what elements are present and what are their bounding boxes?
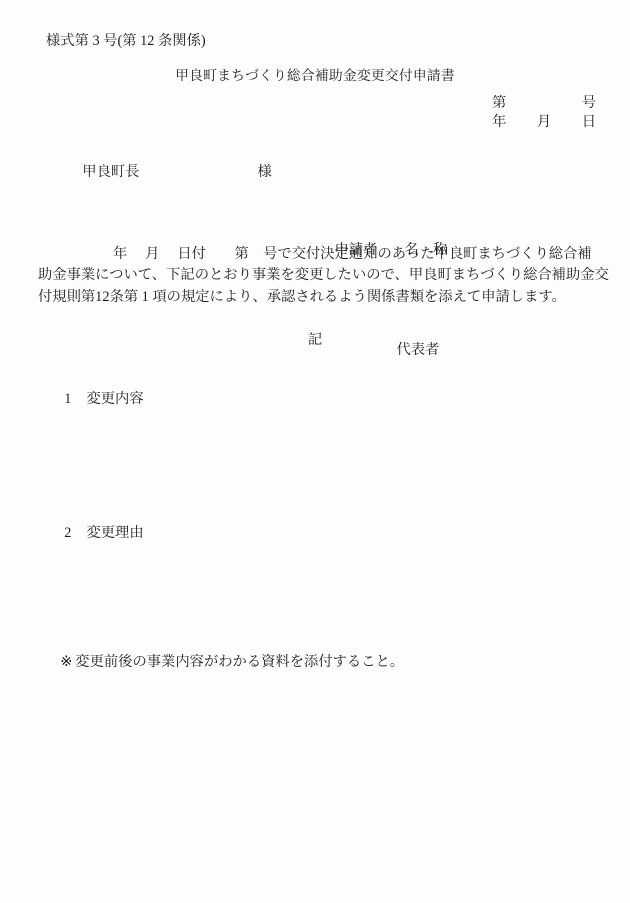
item-label: 変更内容: [86, 391, 143, 407]
date-day-label: 日: [582, 113, 596, 132]
item-change-reason: 2変更理由: [50, 509, 144, 558]
body-line-3: 付規則第12条第 1 項の規定により、承認されるよう関係書類を添えて申請します。: [38, 287, 604, 308]
form-number: 様式第 3 号(第 12 条関係): [46, 33, 206, 49]
item-number: 1: [64, 391, 71, 407]
issue-date-block: 第 号 年 月 日: [492, 94, 596, 132]
issue-number-prefix: 第: [492, 94, 506, 113]
date-year-label: 年: [492, 113, 506, 132]
issue-number-suffix: 号: [582, 94, 596, 113]
applicant-representative-line: 代表者: [313, 320, 447, 380]
page-title: 甲良町まちづくり総合補助金変更交付申請書: [0, 64, 630, 84]
body-line-2: 助金事業について、下記のとおり事業を変更したいので、甲良町まちづくり総合補助金交: [38, 265, 604, 286]
body-paragraph: 年 月 日付 第 号で交付決定通知のあった甲良町まちづくり総合補 助金事業につい…: [38, 244, 604, 308]
item-change-content: 1変更内容: [50, 375, 144, 424]
note-text: 変更前後の事業内容がわかる資料を添付すること。: [75, 654, 404, 670]
document-page: 様式第 3 号(第 12 条関係) 甲良町まちづくり総合補助金変更交付申請書 第…: [0, 0, 630, 903]
record-heading: 記: [0, 332, 630, 348]
date-line: 年 月 日: [492, 113, 596, 132]
item-label: 変更理由: [86, 525, 143, 541]
date-month-label: 月: [537, 113, 551, 132]
item-number: 2: [64, 525, 71, 541]
addressee-name: 甲良町長: [82, 164, 139, 180]
addressee-line: 甲良町長様: [68, 148, 272, 197]
issue-number-line: 第 号: [492, 94, 596, 113]
body-line-1: 年 月 日付 第 号で交付決定通知のあった甲良町まちづくり総合補: [38, 244, 604, 265]
addressee-honorific: 様: [257, 164, 271, 180]
note-marker: ※: [60, 654, 72, 670]
note-line: ※変更前後の事業内容がわかる資料を添付すること。: [46, 638, 404, 687]
